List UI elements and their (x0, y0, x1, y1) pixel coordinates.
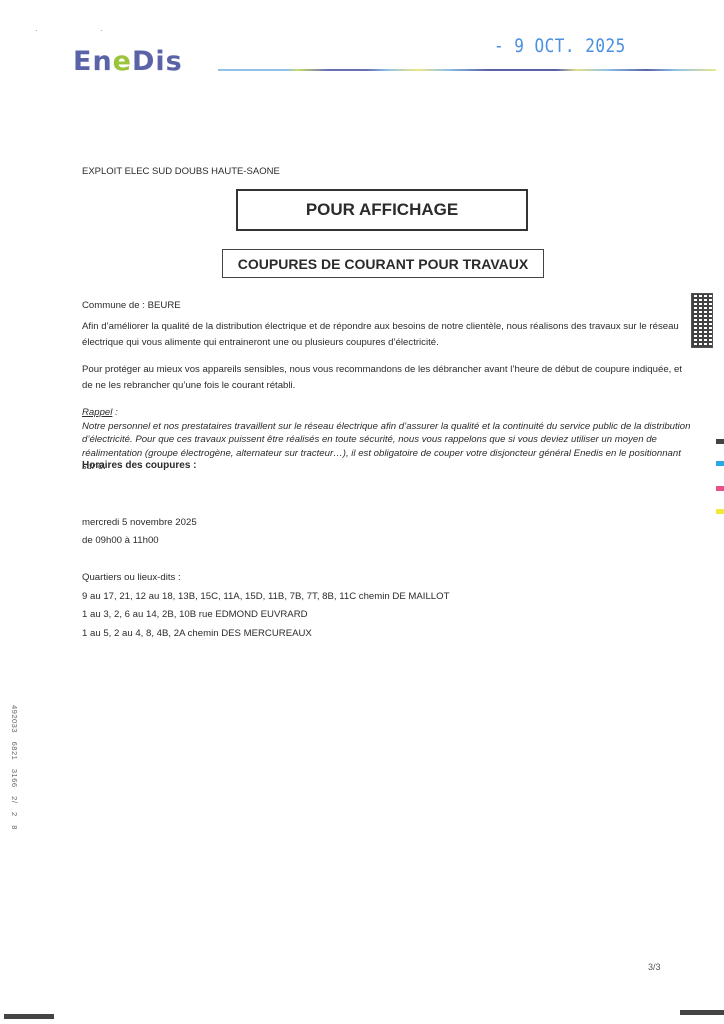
color-mark-magenta (716, 486, 724, 491)
commune-label: Commune de : BEURE (82, 298, 692, 314)
title-box: POUR AFFICHAGE (236, 189, 528, 231)
side-reference-code: 492033 6821 3166 2/ 2 8 (10, 705, 19, 830)
paragraph-1: Afin d’améliorer la qualité de la distri… (82, 319, 692, 351)
title-text: POUR AFFICHAGE (306, 200, 458, 220)
scan-bar-left (4, 1014, 54, 1019)
header-rule (218, 69, 716, 71)
outage-time: de 09h00 à 11h00 (82, 533, 692, 549)
scan-bar-right (680, 1010, 724, 1015)
locations-section: Quartiers ou lieux-dits : 9 au 17, 21, 1… (82, 569, 692, 643)
department-label: EXPLOIT ELEC SUD DOUBS HAUTE-SAONE (82, 166, 280, 177)
outage-date: mercredi 5 novembre 2025 (82, 515, 692, 531)
color-mark-black (716, 439, 724, 444)
page-number: 3/3 (648, 962, 661, 972)
color-mark-yellow (716, 509, 724, 514)
paragraph-2: Pour protéger au mieux vos appareils sen… (82, 362, 692, 394)
color-mark-cyan (716, 461, 724, 466)
location-item: 1 au 3, 2, 6 au 14, 2B, 10B rue EDMOND E… (82, 606, 692, 625)
horaires-heading: Horaires des coupures : (82, 458, 692, 474)
date-stamp: - 9 OCT. 2025 (494, 35, 626, 57)
locations-heading: Quartiers ou lieux-dits : (82, 569, 692, 588)
datamatrix-code (691, 293, 713, 348)
location-item: 9 au 17, 21, 12 au 18, 13B, 15C, 11A, 15… (82, 588, 692, 607)
enedis-logo: EneDis (73, 46, 183, 77)
scan-specks: · · (35, 26, 133, 35)
subtitle-text: COUPURES DE COURANT POUR TRAVAUX (238, 256, 528, 272)
location-item: 1 au 5, 2 au 4, 8, 4B, 2A chemin DES MER… (82, 625, 692, 644)
rappel-title: Rappel (82, 407, 112, 418)
subtitle-box: COUPURES DE COURANT POUR TRAVAUX (222, 249, 544, 278)
